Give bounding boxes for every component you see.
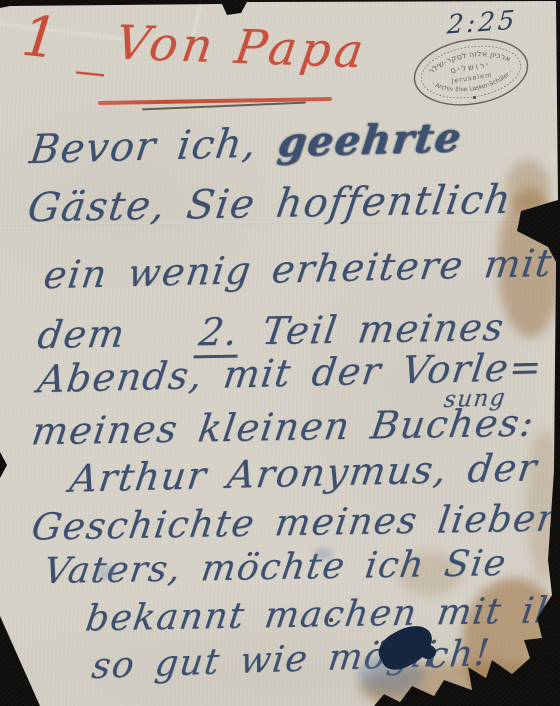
manuscript-line-9: Vaters, möchte ich Sie [41,543,509,592]
scanned-manuscript-page: 1 _ Von Papa 2:25 ארכיון אלזה לסקר-שילר … [0,0,560,706]
line-4-underlined-number: 2. [194,309,244,358]
stamp-outer-oval [410,31,533,112]
line-1-emphasized-word: geehrte [275,114,465,166]
archive-stamp: ארכיון אלזה לסקר-שילר ירושלים Jerusalem … [401,22,542,121]
line-1-text: Bevor ich, [27,120,281,173]
manuscript-line-3: ein wenig erheitere mit [41,241,555,298]
manuscript-line-2: Gäste, Sie hoffentlich [25,177,515,232]
torn-paper-sheet: 1 _ Von Papa 2:25 ארכיון אלזה לסקר-שילר … [0,0,560,706]
stamp-latin-arc-text: · Archiv Else Lasker-Schüler · [430,68,516,99]
title-von-papa: Von Papa [112,16,370,80]
line-4-pre: dem [35,311,129,357]
manuscript-line-1: Bevor ich, geehrte [27,114,465,173]
manuscript-line-11-end: ch! [426,632,493,677]
svg-text:· Archiv Else Lasker-Schüler ·: · Archiv Else Lasker-Schüler · [430,68,516,99]
manuscript-line-7: Arthur Aronymus, der [67,445,540,501]
page-number-red: 1 _ [19,4,113,78]
ink-blot-droplet [420,645,436,659]
manuscript-line-6: meines kleinen Buches: [29,401,538,454]
manuscript-line-8: Geschichte meines lieben [29,496,560,548]
left-edge-tear [0,452,7,478]
